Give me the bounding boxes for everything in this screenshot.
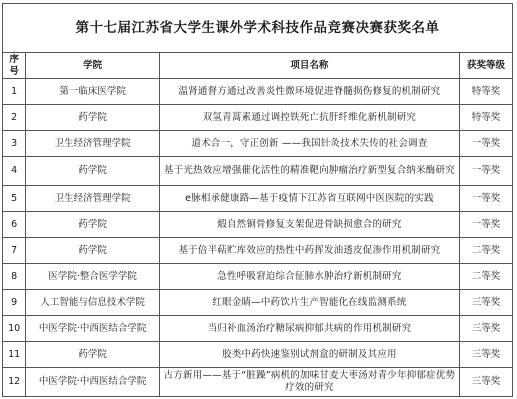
row-no: 12 bbox=[3, 368, 26, 397]
header-award: 获奖等级 bbox=[459, 53, 512, 79]
row-no: 3 bbox=[3, 131, 26, 157]
row-project: 急性呼吸窘迫综合征肺水肿治疗新机制研究 bbox=[159, 264, 459, 290]
row-college: 药学院 bbox=[26, 212, 160, 238]
row-award: 特等奖 bbox=[459, 105, 512, 131]
row-award: 一等奖 bbox=[459, 131, 512, 157]
row-award: 特等奖 bbox=[459, 79, 512, 105]
row-project: 煅自然铜骨修复支架促进骨缺损愈合的研究 bbox=[159, 212, 459, 238]
row-no: 7 bbox=[3, 238, 26, 264]
row-college: 中医学院·中西医结合学院 bbox=[26, 368, 160, 397]
row-no: 6 bbox=[3, 212, 26, 238]
row-college: 医学院·整合医学学院 bbox=[26, 264, 160, 290]
row-college: 第一临床医学院 bbox=[26, 79, 160, 105]
row-college: 人工智能与信息技术学院 bbox=[26, 290, 160, 316]
row-award: 三等奖 bbox=[459, 342, 512, 368]
table-row: 12 中医学院·中西医结合学院 古方新用——基于“脏躁”病机的加味甘麦大枣汤对青… bbox=[3, 368, 513, 397]
table-row: 1 第一临床医学院 温肾通督方通过改善炎性微环境促进脊髓损伤修复的机制研究 特等… bbox=[3, 79, 513, 105]
row-no: 8 bbox=[3, 264, 26, 290]
header-no: 序号 bbox=[3, 53, 26, 79]
awards-table: 第十七届江苏省大学生课外学术科技作品竞赛决赛获奖名单 序号 学院 项目名称 获奖… bbox=[2, 3, 513, 397]
header-college: 学院 bbox=[26, 53, 160, 79]
row-project: 胶类中药快速鉴别试剂盒的研制及其应用 bbox=[159, 342, 459, 368]
table-row: 11 药学院 胶类中药快速鉴别试剂盒的研制及其应用 三等奖 bbox=[3, 342, 513, 368]
row-no: 4 bbox=[3, 157, 26, 186]
table-row: 10 中医学院·中西医结合学院 当归补血汤治疗糖尿病抑郁共病的作用机制研究 三等… bbox=[3, 316, 513, 342]
row-no: 2 bbox=[3, 105, 26, 131]
row-project: 基于光热效应增强催化活性的精准靶向肿瘤治疗新型复合纳米酶研究 bbox=[159, 157, 459, 186]
row-project: 道术合一，守正创新 ——我国针灸技术失传的社会调查 bbox=[159, 131, 459, 157]
row-award: 一等奖 bbox=[459, 186, 512, 212]
table-row: 2 药学院 双氢青蒿素通过调控铁死亡抗肝纤维化新机制研究 特等奖 bbox=[3, 105, 513, 131]
row-award: 三等奖 bbox=[459, 368, 512, 397]
table-row: 8 医学院·整合医学学院 急性呼吸窘迫综合征肺水肿治疗新机制研究 二等奖 bbox=[3, 264, 513, 290]
row-no: 9 bbox=[3, 290, 26, 316]
row-college: 中医学院·中西医结合学院 bbox=[26, 316, 160, 342]
row-no: 10 bbox=[3, 316, 26, 342]
table-row: 3 卫生经济管理学院 道术合一，守正创新 ——我国针灸技术失传的社会调查 一等奖 bbox=[3, 131, 513, 157]
row-no: 11 bbox=[3, 342, 26, 368]
row-award: 三等奖 bbox=[459, 316, 512, 342]
row-project: 温肾通督方通过改善炎性微环境促进脊髓损伤修复的机制研究 bbox=[159, 79, 459, 105]
row-college: 药学院 bbox=[26, 157, 160, 186]
row-award: 三等奖 bbox=[459, 290, 512, 316]
header-row: 序号 学院 项目名称 获奖等级 bbox=[3, 53, 513, 79]
row-award: 二等奖 bbox=[459, 264, 512, 290]
row-award: 一等奖 bbox=[459, 212, 512, 238]
document-title: 第十七届江苏省大学生课外学术科技作品竞赛决赛获奖名单 bbox=[3, 4, 513, 53]
row-project: 双氢青蒿素通过调控铁死亡抗肝纤维化新机制研究 bbox=[159, 105, 459, 131]
row-college: 卫生经济管理学院 bbox=[26, 186, 160, 212]
header-project: 项目名称 bbox=[159, 53, 459, 79]
table-row: 5 卫生经济管理学院 e脉相承健康路—基于疫情下江苏省互联网中医医院的实践 一等… bbox=[3, 186, 513, 212]
row-project: 基于倍半萜贮库效应的热性中药挥发油透皮促渗作用机制研究 bbox=[159, 238, 459, 264]
row-project: 古方新用——基于“脏躁”病机的加味甘麦大枣汤对青少年抑郁症优势疗效的研究 bbox=[159, 368, 459, 397]
row-no: 1 bbox=[3, 79, 26, 105]
title-row: 第十七届江苏省大学生课外学术科技作品竞赛决赛获奖名单 bbox=[3, 4, 513, 53]
row-college: 药学院 bbox=[26, 342, 160, 368]
row-project: 当归补血汤治疗糖尿病抑郁共病的作用机制研究 bbox=[159, 316, 459, 342]
table-row: 9 人工智能与信息技术学院 红眼金睛—中药饮片生产智能化在线监测系统 三等奖 bbox=[3, 290, 513, 316]
table-row: 4 药学院 基于光热效应增强催化活性的精准靶向肿瘤治疗新型复合纳米酶研究 一等奖 bbox=[3, 157, 513, 186]
row-college: 药学院 bbox=[26, 105, 160, 131]
table-row: 6 药学院 煅自然铜骨修复支架促进骨缺损愈合的研究 一等奖 bbox=[3, 212, 513, 238]
row-award: 一等奖 bbox=[459, 157, 512, 186]
row-college: 药学院 bbox=[26, 238, 160, 264]
row-college: 卫生经济管理学院 bbox=[26, 131, 160, 157]
row-award: 二等奖 bbox=[459, 238, 512, 264]
row-no: 5 bbox=[3, 186, 26, 212]
row-project: e脉相承健康路—基于疫情下江苏省互联网中医医院的实践 bbox=[159, 186, 459, 212]
table-row: 7 药学院 基于倍半萜贮库效应的热性中药挥发油透皮促渗作用机制研究 二等奖 bbox=[3, 238, 513, 264]
row-project: 红眼金睛—中药饮片生产智能化在线监测系统 bbox=[159, 290, 459, 316]
